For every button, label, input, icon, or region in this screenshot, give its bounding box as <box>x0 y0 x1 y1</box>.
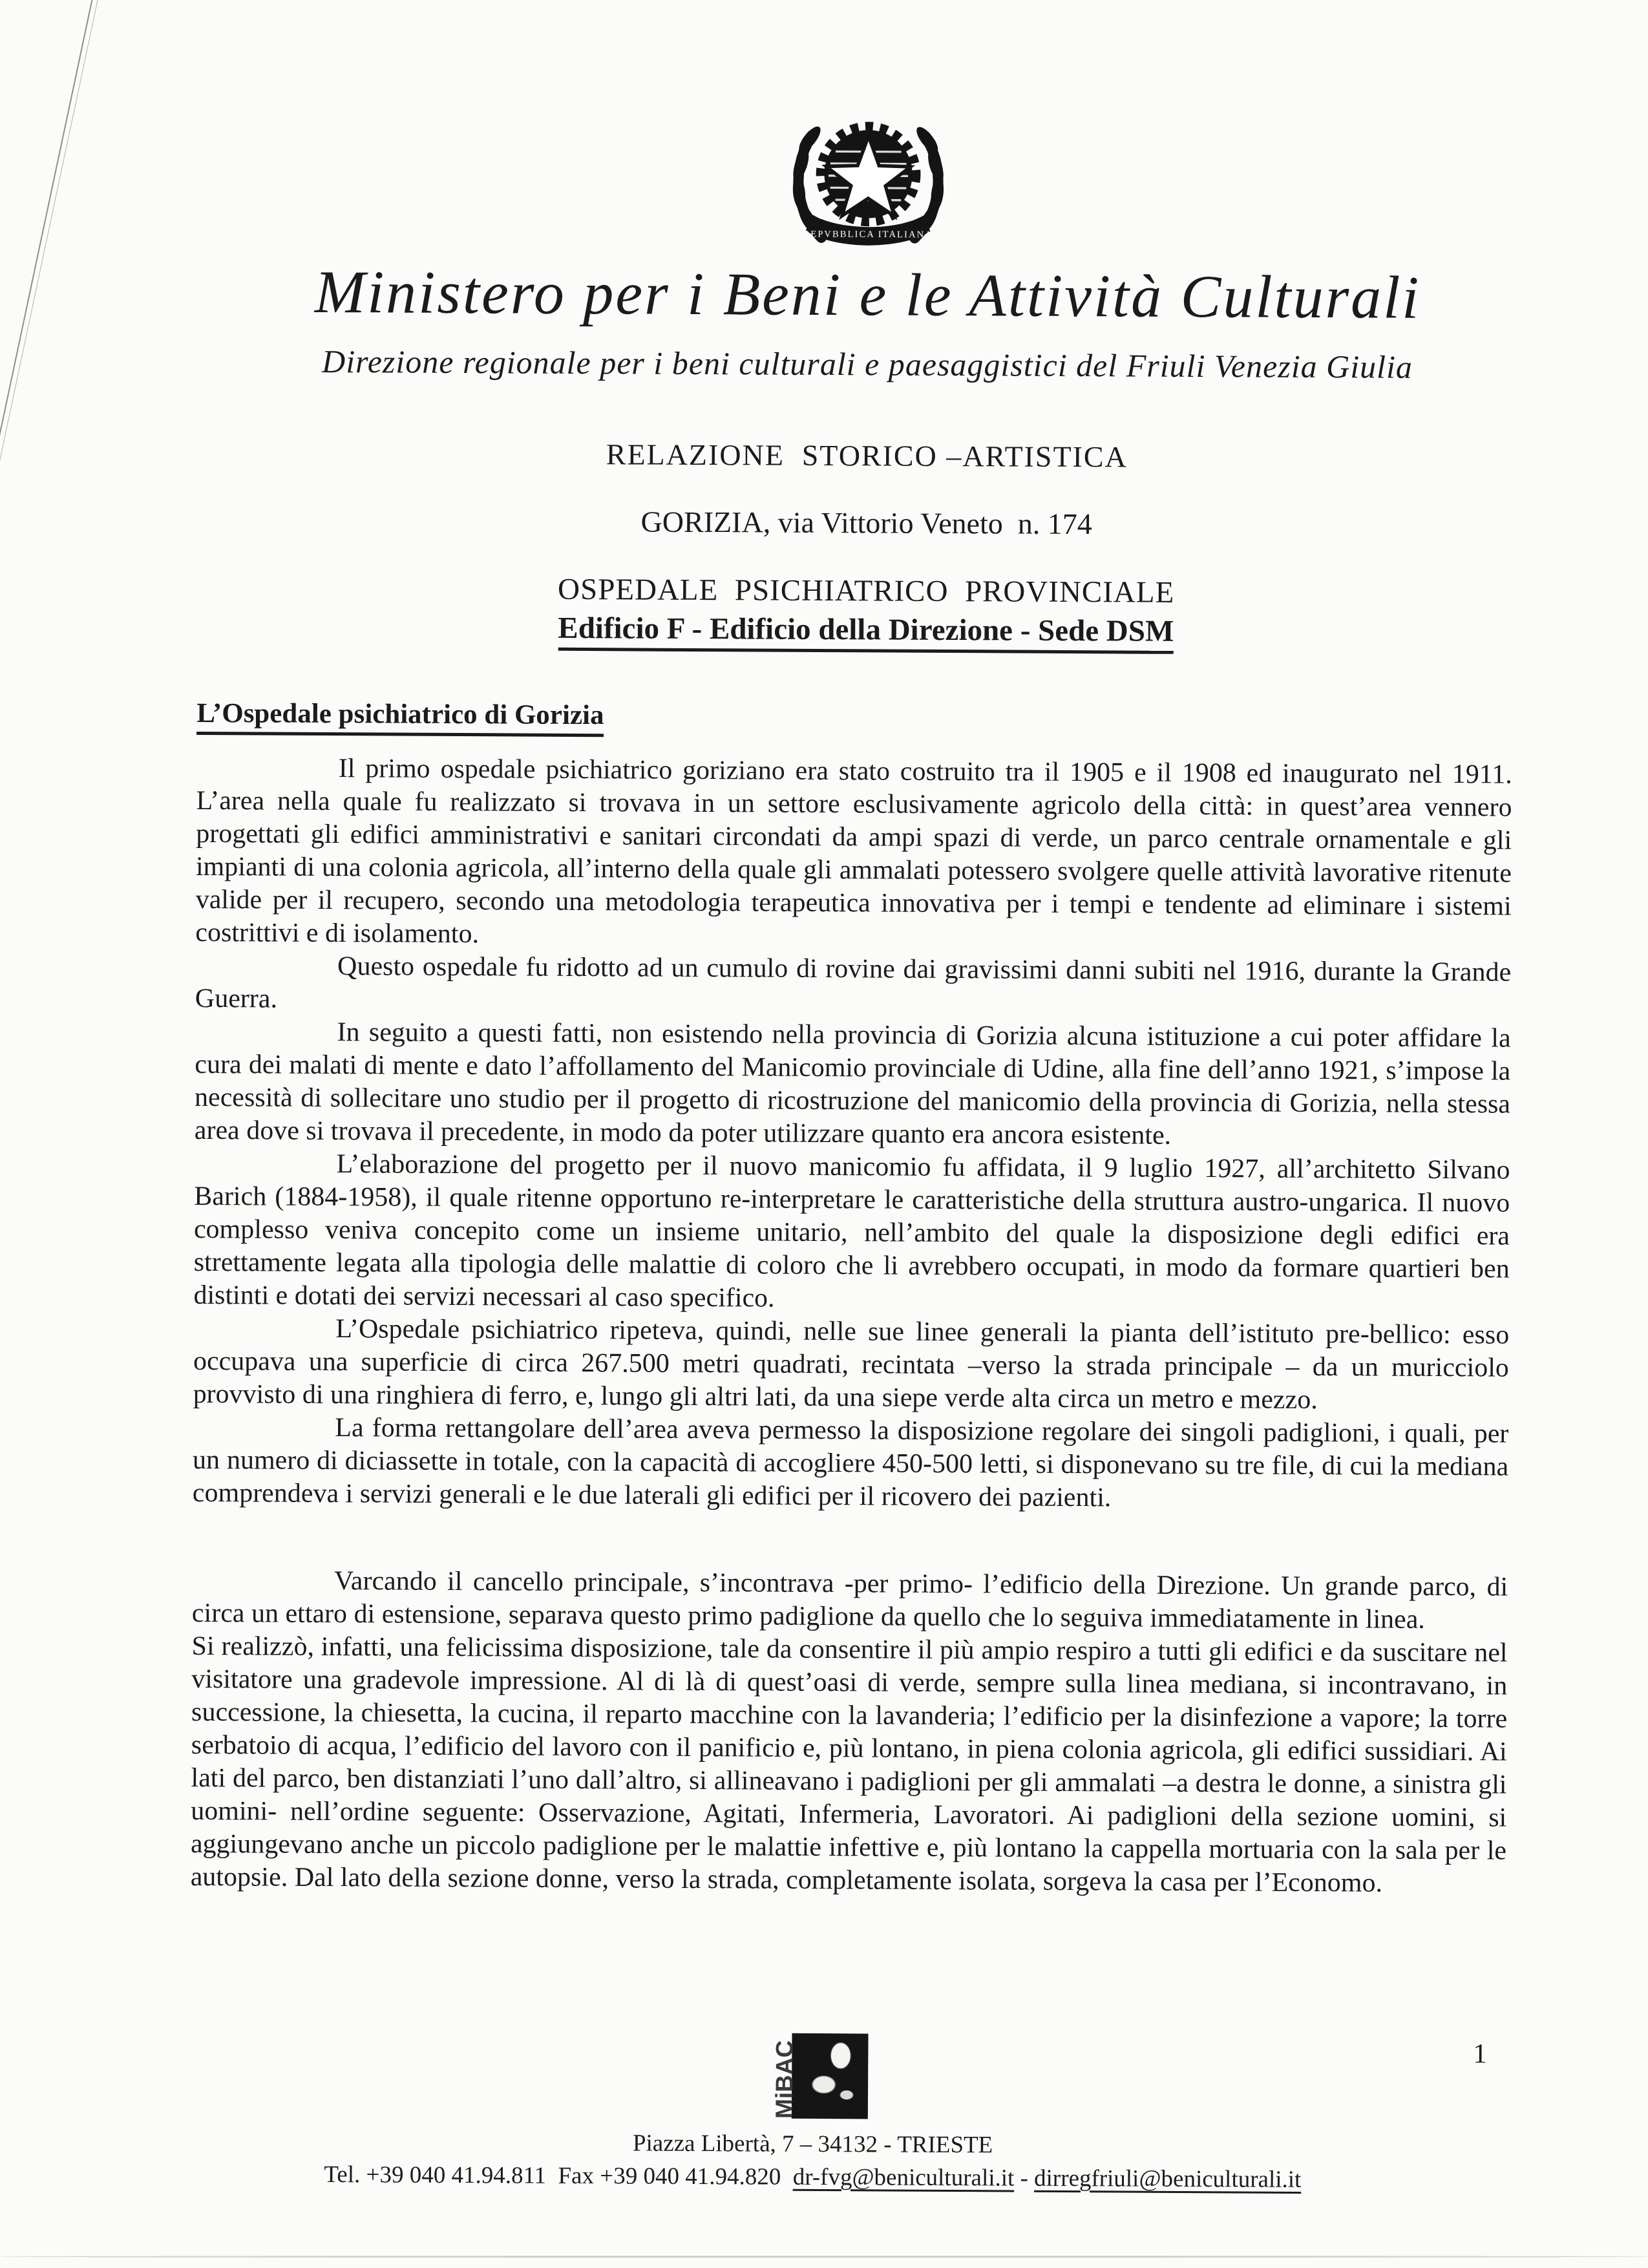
paragraph: Il primo ospedale psichiatrico goriziano… <box>195 752 1512 957</box>
report-type-title: RELAZIONE STORICO –ARTISTICA <box>88 434 1645 477</box>
mibac-logo-text: MiBAC <box>775 2040 795 2118</box>
email-link-dr-fvg[interactable]: dr-fvg@beniculturali.it <box>793 2164 1015 2192</box>
mibac-logo: MiBAC <box>775 2033 869 2119</box>
page-number: 1 <box>1473 2038 1487 2070</box>
document-titles: RELAZIONE STORICO –ARTISTICA GORIZIA, vi… <box>87 434 1646 652</box>
document-content: REPVBBLICA ITALIANA Ministero per i Beni… <box>0 0 1648 2268</box>
building-title-text: Edificio F - Edificio della Direzione - … <box>558 611 1174 654</box>
paragraph: L’elaborazione del progetto per il nuovo… <box>193 1147 1510 1319</box>
emblem-ribbon-text: REPVBBLICA ITALIANA <box>803 229 933 240</box>
footer-separator: - <box>1014 2165 1034 2192</box>
paragraph: Varcando il cancello principale, s’incon… <box>192 1564 1508 1637</box>
paragraph: In seguito a questi fatti, non esistendo… <box>195 1015 1511 1154</box>
paragraph: Si realizzò, infatti, una felicissima di… <box>191 1630 1508 1901</box>
section-heading: L’Ospedale psichiatrico di Gorizia <box>196 697 604 731</box>
location-title: GORIZIA, via Vittorio Veneto n. 174 <box>88 502 1645 544</box>
email-link-dirregfriuli[interactable]: dirregfriuli@beniculturali.it <box>1034 2165 1301 2193</box>
footer: Piazza Libertà, 7 – 34132 - TRIESTE Tel.… <box>0 2126 1637 2195</box>
footer-contacts: Tel. +39 040 41.94.811 Fax +39 040 41.94… <box>0 2159 1636 2195</box>
paragraph: La forma rettangolare dell’area aveva pe… <box>193 1411 1509 1517</box>
subject-title: OSPEDALE PSICHIATRICO PROVINCIALE <box>87 569 1645 613</box>
footer-phone-fax: Tel. +39 040 41.94.811 Fax +39 040 41.94… <box>324 2161 793 2190</box>
regional-direction-subtitle: Direzione regionale per i beni culturali… <box>89 341 1646 387</box>
letterhead: REPVBBLICA ITALIANA Ministero per i Beni… <box>89 90 1647 387</box>
scanned-document-page: REPVBBLICA ITALIANA Ministero per i Beni… <box>0 0 1648 2268</box>
body-text: Il primo ospedale psichiatrico goriziano… <box>191 752 1512 1901</box>
paragraph: L’Ospedale psichiatrico ripeteva, quindi… <box>193 1312 1510 1418</box>
ministry-title: Ministero per i Beni e le Attività Cultu… <box>89 259 1646 331</box>
paragraph: Questo ospedale fu ridotto ad un cumulo … <box>195 949 1512 1023</box>
section-heading-text: L’Ospedale psichiatrico di Gorizia <box>196 698 604 737</box>
footer-address: Piazza Libertà, 7 – 34132 - TRIESTE <box>0 2126 1637 2162</box>
mibac-logo-image <box>792 2033 869 2119</box>
italian-republic-emblem-icon: REPVBBLICA ITALIANA <box>781 94 955 259</box>
building-title: Edificio F - Edificio della Direzione - … <box>87 608 1645 652</box>
